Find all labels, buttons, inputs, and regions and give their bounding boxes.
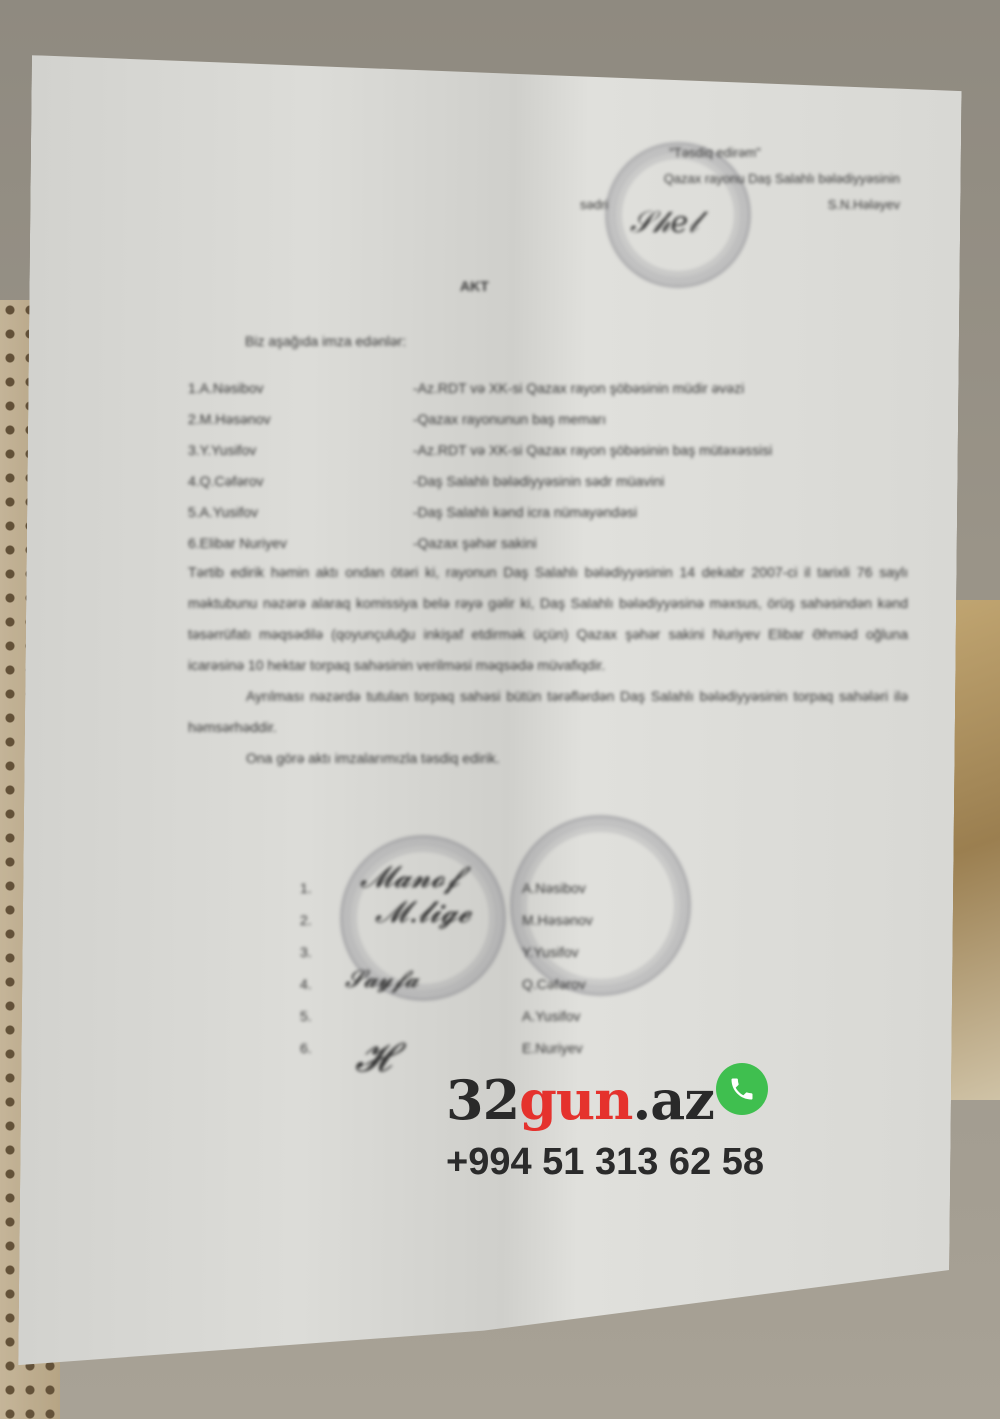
approval-signature: 𝒮𝒽𝑒𝓁 — [630, 205, 698, 240]
approval-organization: Qazax rayonu Daş Salahlı bələdiyyəsinin — [560, 166, 900, 192]
contact-phone: +994 51 313 62 58 — [446, 1141, 768, 1184]
signature-row: 2.M.Həsənov — [300, 904, 660, 936]
body-paragraph: Ona görə aktı imzalarımızla təsdiq ediri… — [188, 743, 908, 774]
signature-list: 1.A.Nəsibov 2.M.Həsənov 3.Y.Yusifov 4.Q.… — [300, 872, 660, 1064]
commission-members: 1.A.Nəsibov-Az.RDT və XK-si Qazax rayon … — [188, 372, 908, 558]
approval-heading: "Təsdiq edirəm" — [560, 140, 900, 166]
document-body: Tərtib edirik həmin aktı ondan ötəri ki,… — [188, 557, 908, 774]
member-row: 6.Elibar Nuriyev-Qazax şəhər sakini — [188, 527, 908, 558]
member-row: 1.A.Nəsibov-Az.RDT və XK-si Qazax rayon … — [188, 372, 908, 403]
member-row: 4.Q.Cəfərov-Daş Salahlı bələdiyyəsinin s… — [188, 465, 908, 496]
signature-row: 4.Q.Cəfərov — [300, 968, 660, 1000]
signature-row: 3.Y.Yusifov — [300, 936, 660, 968]
member-row: 5.A.Yusifov-Daş Salahlı kənd icra nümayə… — [188, 496, 908, 527]
approval-signer-title: sədri — [580, 192, 608, 218]
body-paragraph: Ayrılması nəzərdə tutulan torpaq sahəsi … — [188, 681, 908, 743]
member-row: 3.Y.Yusifov-Az.RDT və XK-si Qazax rayon … — [188, 434, 908, 465]
watermark: 32gun.az +994 51 313 62 58 — [446, 1063, 768, 1184]
intro-text: Biz aşağıda imza edənlər: — [245, 333, 406, 349]
brand-logo: 32gun.az — [446, 1063, 768, 1135]
signature-row: 5.A.Yusifov — [300, 1000, 660, 1032]
signature-row: 1.A.Nəsibov — [300, 872, 660, 904]
member-row: 2.M.Həsənov-Qazax rayonunun baş memarı — [188, 403, 908, 434]
signature-row: 6.E.Nuriyev — [300, 1032, 660, 1064]
approval-block: "Təsdiq edirəm" Qazax rayonu Daş Salahlı… — [560, 140, 900, 218]
document-title: AKT — [460, 278, 489, 294]
approval-signer-name: S.N.Hələyev — [828, 192, 900, 218]
whatsapp-icon — [716, 1063, 768, 1115]
body-paragraph: Tərtib edirik həmin aktı ondan ötəri ki,… — [188, 557, 908, 681]
